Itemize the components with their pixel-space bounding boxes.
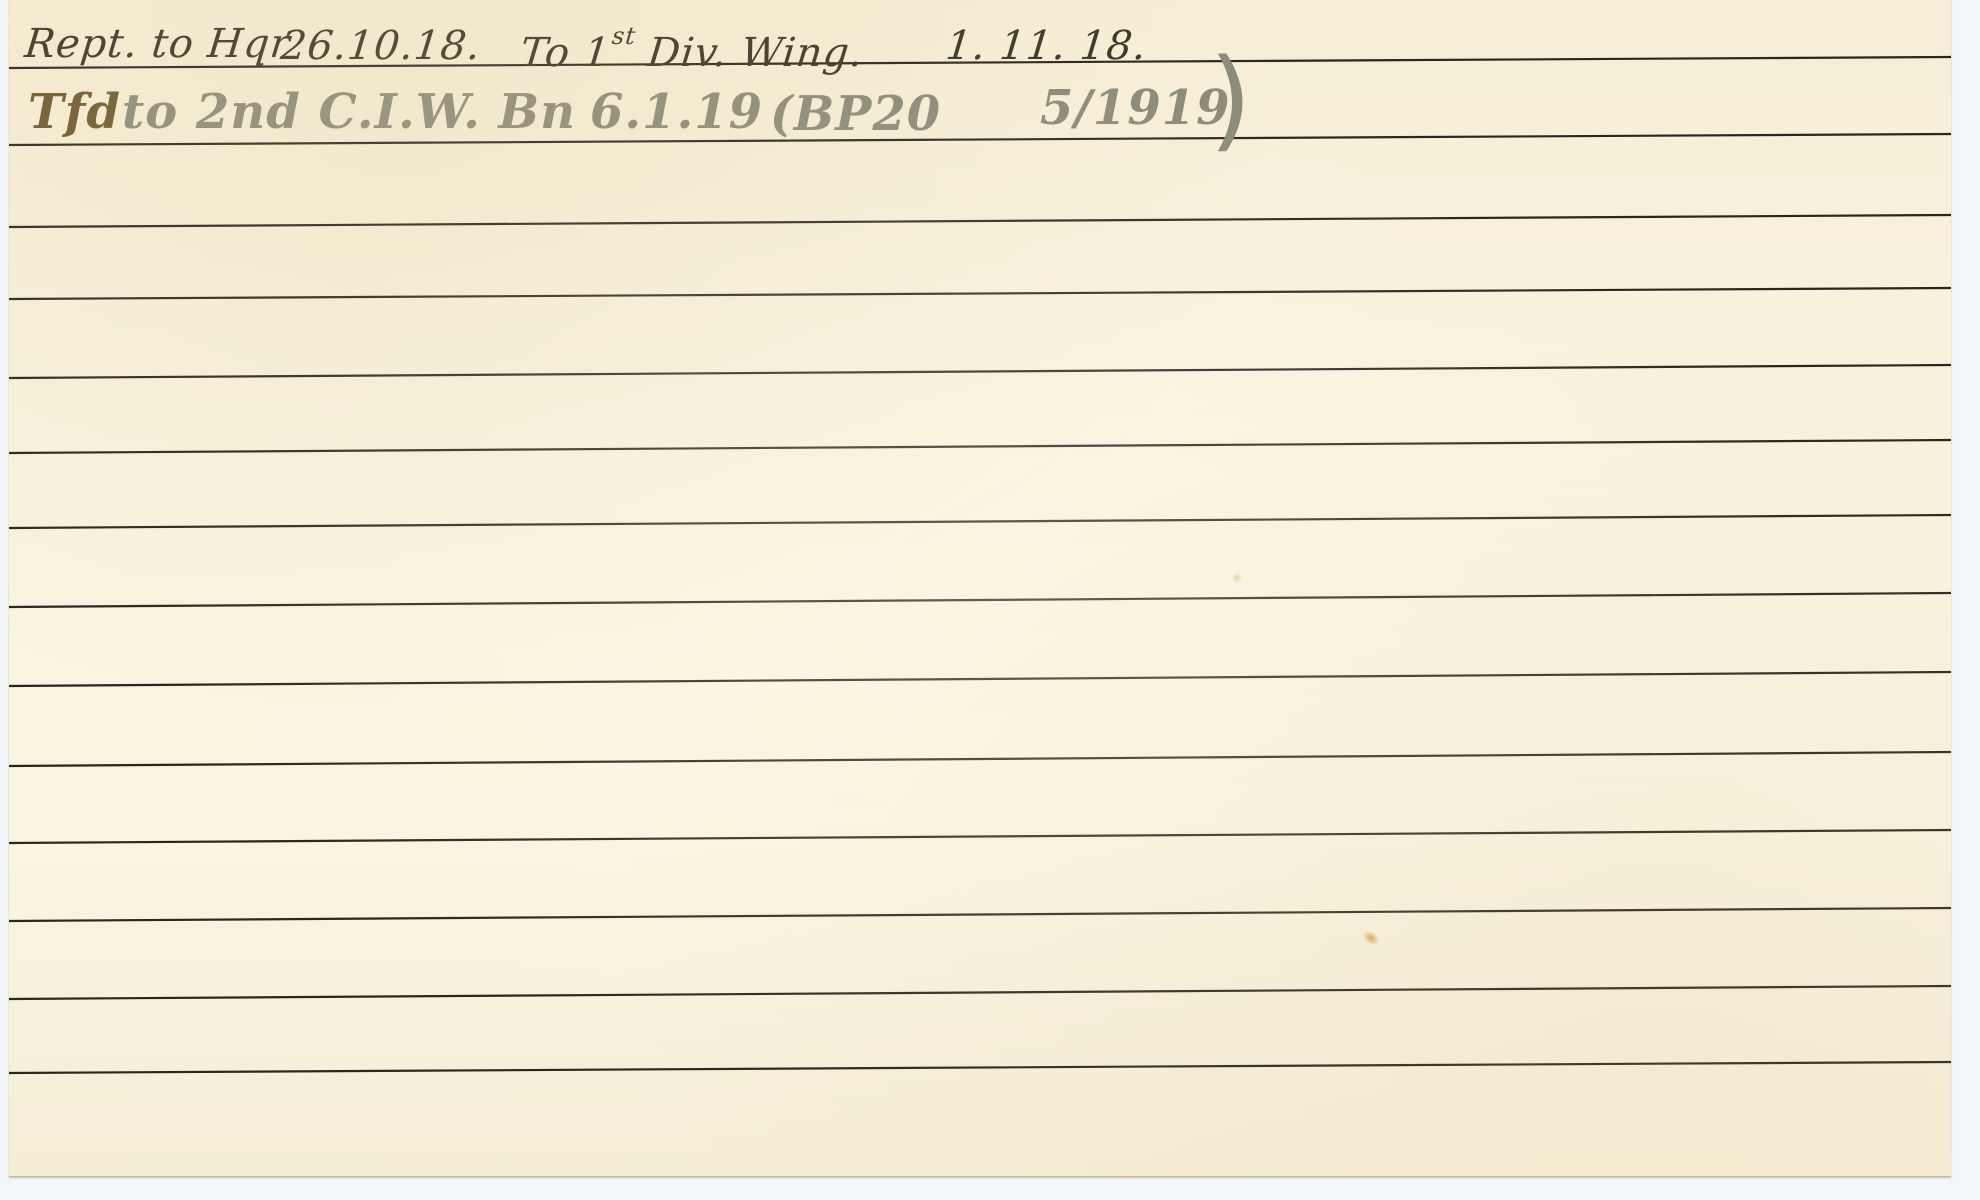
entry-2-unit: to 2nd C.I.W. Bn	[122, 88, 576, 136]
rule-line-4	[9, 288, 1951, 299]
rule-line-7	[9, 515, 1951, 528]
ruled-lines	[9, 0, 1951, 1176]
rule-line-6	[9, 440, 1951, 453]
rule-line-9	[9, 672, 1951, 686]
entry-1-report-text: Rept. to Hqr	[23, 24, 293, 64]
entry-2-reference: (BP20	[770, 90, 941, 138]
scan-stage: Rept. to Hqr 26.10.18. To 1st Div. Wing.…	[0, 0, 1980, 1200]
entry-2-date: 6.1.19	[590, 88, 763, 136]
rule-line-8	[9, 593, 1951, 607]
rule-line-3	[9, 215, 1951, 227]
entry-2-reference-date: 5/1919	[1040, 84, 1231, 132]
rule-line-12	[9, 908, 1951, 921]
rule-line-10	[9, 752, 1951, 766]
entry-1-unit: Div. Wing.	[646, 30, 866, 76]
entry-2-tfd-abbrev: Tfd	[28, 88, 121, 136]
rule-line-14	[9, 1062, 1951, 1073]
rule-line-13	[9, 986, 1951, 999]
rule-line-5	[9, 365, 1951, 378]
rule-line-11	[9, 830, 1951, 843]
entry-1-transfer-date: 1. 11. 18.	[944, 26, 1149, 66]
record-card: Rept. to Hqr 26.10.18. To 1st Div. Wing.…	[9, 0, 1951, 1177]
entry-1-to-label: To 1	[518, 30, 613, 76]
entry-2-closing-bracket: )	[1209, 44, 1252, 154]
spot-mark	[1232, 573, 1242, 583]
entry-1-transfer-text: To 1st Div. Wing.	[518, 24, 866, 73]
entry-1-ordinal-suffix: st	[611, 22, 638, 50]
entry-1-report-date: 26.10.18.	[279, 26, 483, 66]
